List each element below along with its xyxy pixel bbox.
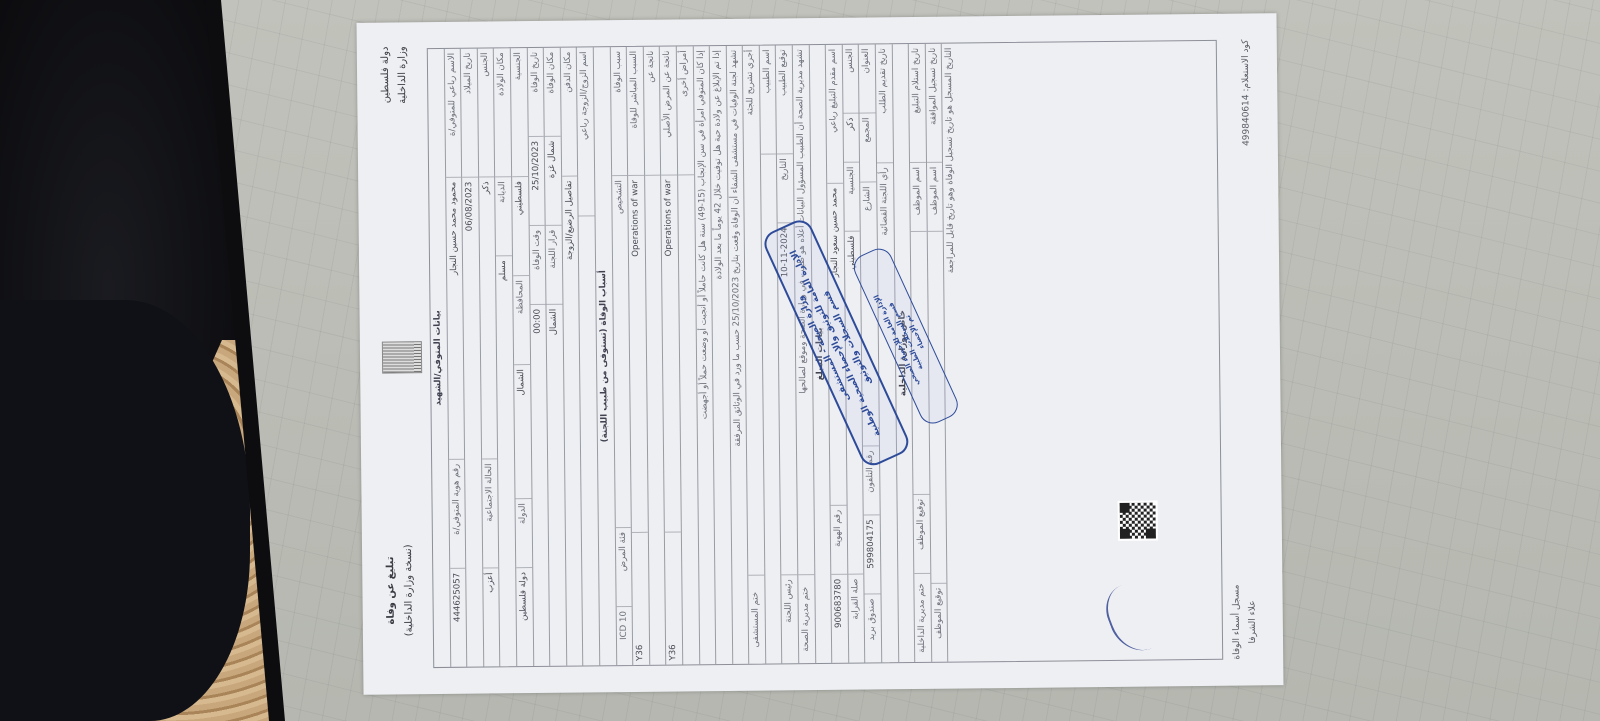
emblem-icon [382, 341, 422, 373]
label: صلة القرابة [848, 575, 865, 663]
label: التاريخ [777, 154, 793, 223]
label: توقيع الطبيب [776, 45, 793, 154]
directorate-stamp-label: ختم مديرية الداخلية [915, 574, 932, 662]
label: الاسم رباعي للمتوفي/ة [444, 49, 461, 178]
label: الجنس [843, 45, 859, 114]
death-date: 25/10/2023 [528, 137, 545, 226]
inquiry-code: كود الاستعلام: 499840614 [1241, 39, 1252, 146]
document-title: تبليغ عن وفاة [382, 544, 401, 636]
label: مكان الولادة [494, 48, 511, 177]
label: اسم الموظف [927, 163, 943, 232]
label: تاريخ تسجيل الموافقة [926, 44, 943, 163]
label: توقيع الموظف [914, 495, 930, 574]
icd-code: Y36 [632, 533, 649, 665]
label: اسم الطبيب [760, 45, 777, 154]
inquiry-code-value: 499840614 [1241, 94, 1252, 146]
qr-code-icon [1118, 500, 1158, 540]
inquiry-code-label: كود الاستعلام [1241, 39, 1252, 88]
document-footer: كود الاستعلام: 499840614 مسجل أسماء الوف… [1223, 39, 1269, 659]
label: تاريخ الميلاد [461, 49, 478, 178]
label: ناتجة عن المرض الأصلي [660, 46, 677, 175]
label: قرار اللجنة [546, 226, 562, 305]
section-title: أسباب الوفاة (تستوفى من طبيب اللجنة) [596, 266, 613, 446]
death-notification-paper: دولة فلسطين وزارة الداخلية تبليغ عن وفاة… [357, 13, 1284, 695]
label: ناتجة عن [643, 47, 660, 176]
label: تاريخ الوفاة [527, 48, 544, 137]
issuer-block: دولة فلسطين وزارة الداخلية [377, 46, 412, 104]
hospital-stamp-label: ختم المستشفى [749, 576, 766, 664]
death-place: شمال غزة [545, 137, 562, 226]
label: الحالة الاجتماعية [482, 459, 499, 568]
label: فئة المرض [615, 528, 631, 607]
section-title: بيانات المتوفي/الشهيد [430, 306, 447, 410]
label: الجنسية [511, 48, 528, 177]
label: رقم الهوية [831, 506, 847, 575]
label: الدولة [515, 499, 531, 568]
label: ICD 10 [616, 607, 632, 665]
label: السبب المباشر للوفاة [627, 47, 644, 176]
label: الجنس [478, 48, 495, 177]
label: المجمع [860, 113, 876, 182]
label: تاريخ تقديم الطلب [876, 44, 893, 163]
notification-form: بيانات المتوفي/الشهيد الاسم رباعي للمتوف… [427, 40, 1223, 668]
deceased-nationality: فلسطيني [512, 177, 529, 276]
label: وقت الوفاة [529, 226, 545, 305]
label: تاريخ استلام التبليغ [909, 44, 926, 163]
registrar-label: مسجل أسماء الوفاة [1228, 584, 1245, 659]
label: اسم مقدم التبليغ رباعي [826, 45, 843, 184]
ministry-name: وزارة الداخلية [394, 46, 412, 104]
deceased-marital: أعزب [483, 568, 500, 666]
label: الديانة [496, 177, 512, 256]
label: اسم الزوج/الزوجة رباعي [577, 47, 594, 216]
label: مكان الوفاة [544, 48, 561, 137]
label: رقم هوية المتوفي/ة [449, 460, 466, 569]
label: رئيس اللجنة [782, 575, 799, 663]
label: الجنسية [844, 163, 860, 232]
title-block: تبليغ عن وفاة (نسخة وزارة الداخلية) [382, 544, 419, 636]
label: مكان الدفن [561, 48, 578, 177]
document-copy: (نسخة وزارة الداخلية) [400, 544, 419, 636]
deceased-name: محمود محمد حسين النجار [446, 178, 465, 460]
registrar-name: علاء الشرفا [1244, 584, 1261, 659]
label: اسم الموظف [910, 163, 926, 232]
label: المحافظة [513, 276, 530, 365]
label: صندوق بريد [865, 594, 881, 662]
state-name: دولة فلسطين [377, 46, 395, 104]
informant-phone: 599804175 [864, 515, 880, 594]
deceased-country: دولة فلسطين [516, 568, 533, 666]
registrar-block: مسجل أسماء الوفاة علاء الشرفا [1228, 584, 1261, 659]
deceased-gender: ذكر [479, 177, 498, 459]
deceased-governorate: الشمال [514, 365, 531, 499]
deceased-id: 444625057 [450, 569, 467, 667]
ministry-stamp-label: ختم مديرية الصحة [798, 575, 815, 663]
informant-gender: ذكر [843, 114, 859, 163]
document-page: دولة فلسطين وزارة الداخلية تبليغ عن وفاة… [357, 13, 1284, 695]
informant-id: 900683780 [832, 575, 849, 663]
dark-fabric-fold [0, 300, 250, 721]
icd-code-2: Y36 [665, 532, 682, 664]
label: العنوان [859, 44, 875, 113]
label: سبب الوفاة [610, 47, 627, 176]
label: توقيع الموظف [931, 584, 947, 662]
label: أمراض أخرى [677, 46, 694, 175]
